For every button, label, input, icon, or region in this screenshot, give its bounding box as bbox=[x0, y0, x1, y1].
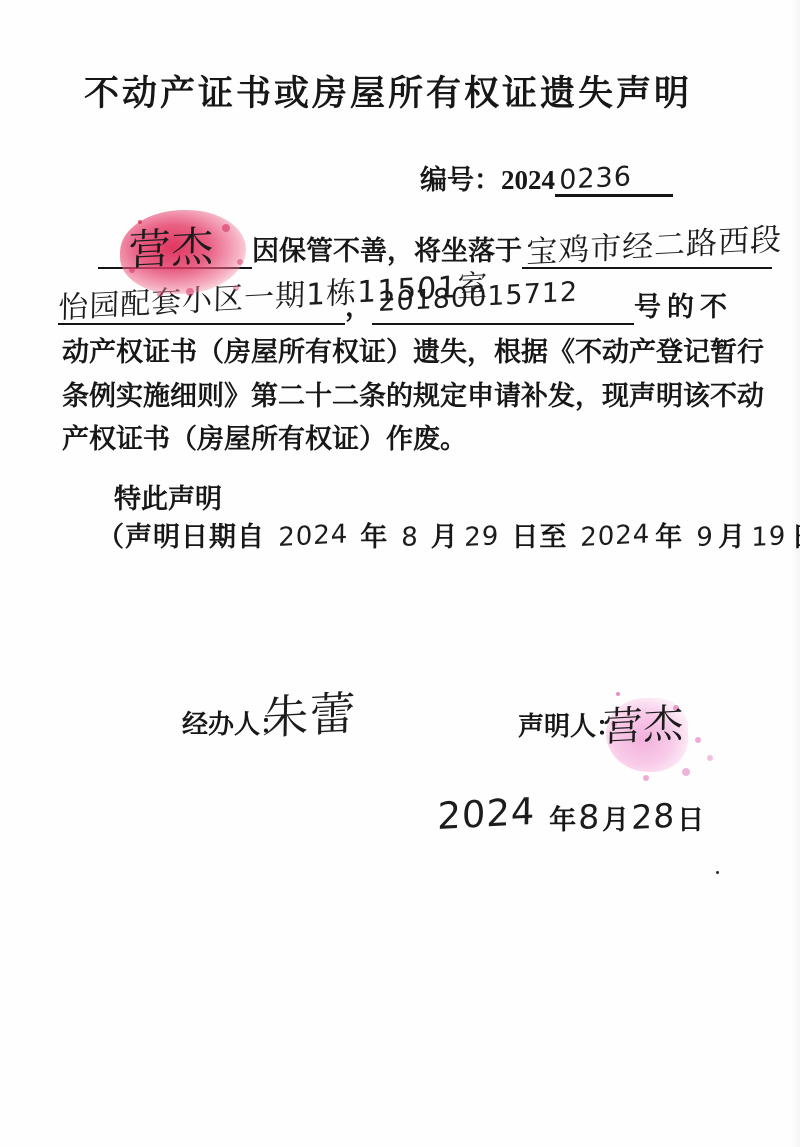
body-line-3-serif-part: 动产权证书（房屋所有权证）遗失， bbox=[62, 337, 494, 367]
issue-day-label: 日 bbox=[677, 805, 704, 835]
validity-month-label-1: 月 bbox=[431, 522, 459, 552]
validity-start-month-handwritten: 8 bbox=[401, 522, 419, 553]
validity-month-label-2: 月 bbox=[718, 522, 746, 552]
body-line-1-text: 因保管不善，将坐落于 bbox=[252, 236, 522, 266]
issue-month-label: 月 bbox=[602, 805, 629, 835]
serial-number-blank: 0236 bbox=[555, 165, 673, 197]
issue-month-handwritten: 8 bbox=[578, 797, 601, 837]
validity-end-day-handwritten: 19 bbox=[751, 521, 787, 553]
address-blank-2: 怡园配套小区一期1栋11501室 bbox=[58, 291, 345, 325]
address-part1-handwritten: 宝鸡市经二路西段 bbox=[526, 222, 782, 271]
handler-signature-handwritten: 朱蕾 bbox=[262, 677, 357, 748]
validity-year-label-2: 年 bbox=[655, 522, 683, 552]
body-line-4: 条例实施细则》第二十二条的规定申请补发，现声明该不动 bbox=[62, 378, 764, 414]
validity-suffix: 日） bbox=[791, 522, 800, 552]
scanned-declaration-document: 不动产证书或房屋所有权证遗失声明 编号：20240236 营杰 因保管不善，将坐… bbox=[0, 0, 800, 1147]
closing-statement: 特此声明 bbox=[114, 477, 222, 516]
validity-period-line: （声明日期自 2024 年 8 月29 日至 2024年 9月19日） bbox=[97, 515, 800, 554]
validity-start-day-handwritten: 29 bbox=[464, 521, 500, 553]
declarant-signature-handwritten: 营杰 bbox=[602, 692, 685, 753]
issue-date-line: 2024年8月28日 bbox=[437, 795, 704, 838]
declarant-name-handwritten: 营杰 bbox=[128, 213, 215, 278]
body-line-3: 动产权证书（房屋所有权证）遗失，根据《不动产登记暂行 bbox=[62, 334, 764, 370]
serial-label: 编号： bbox=[420, 165, 501, 195]
validity-end-year-handwritten: 2024 bbox=[580, 519, 651, 553]
validity-start-year-handwritten: 2024 bbox=[278, 519, 349, 553]
body-line-5: 产权证书（房屋所有权证）作废。 bbox=[62, 421, 467, 457]
issue-year-handwritten: 2024 bbox=[437, 790, 536, 838]
serial-year-printed: 2024 bbox=[501, 165, 555, 195]
validity-prefix: （声明日期自 bbox=[97, 522, 265, 552]
serial-number-line: 编号：20240236 bbox=[420, 158, 673, 197]
body-line-3-bold-part: 根据《不动产登记暂行 bbox=[494, 337, 764, 367]
validity-end-month-handwritten: 9 bbox=[696, 522, 714, 553]
certificate-number-blank: 20180015712 bbox=[372, 291, 634, 325]
stray-ink-dot bbox=[716, 871, 719, 874]
document-title: 不动产证书或房屋所有权证遗失声明 bbox=[0, 66, 776, 116]
serial-number-handwritten: 0236 bbox=[559, 161, 632, 196]
body-line-2: 怡园配套小区一期1栋11501室，20180015712号的不 bbox=[58, 289, 733, 325]
body-line-2-suffix: 号的不 bbox=[634, 292, 733, 322]
issue-year-label: 年 bbox=[549, 805, 576, 835]
issue-day-handwritten: 28 bbox=[631, 796, 676, 837]
address-blank-1: 宝鸡市经二路西段 bbox=[522, 235, 772, 269]
validity-year-label-1: 年 bbox=[360, 522, 388, 552]
validity-mid-label: 日至 bbox=[511, 522, 567, 552]
